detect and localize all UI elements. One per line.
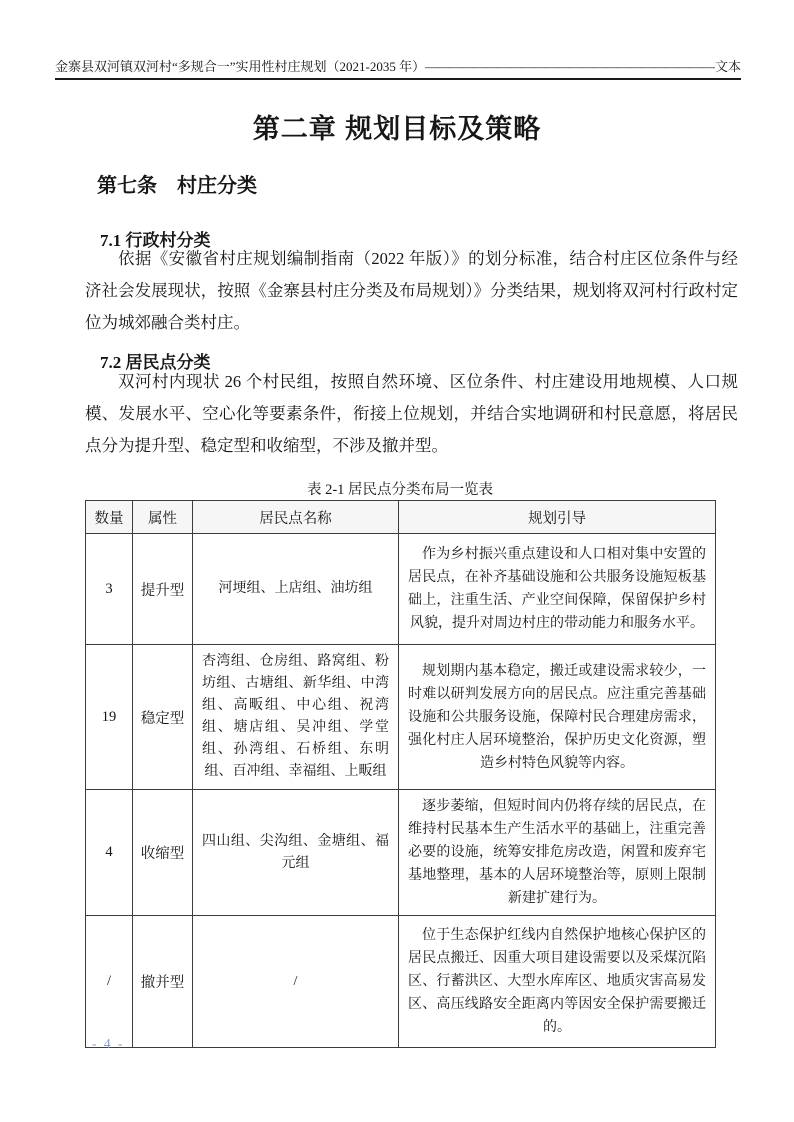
table-row: 3 提升型 河埂组、上店组、油坊组 作为乡村振兴重点建设和人口相对集中安置的居民… (86, 534, 716, 645)
cell-quantity: 19 (86, 645, 133, 790)
cell-quantity: 4 (86, 790, 133, 916)
running-header-dash-rule: —————————————————————————————— (425, 59, 715, 75)
chapter-title: 第二章 规划目标及策略 (0, 107, 794, 146)
table-caption: 表 2-1 居民点分类布局一览表 (85, 478, 715, 499)
cell-attribute: 稳定型 (133, 645, 193, 790)
cell-attribute: 提升型 (133, 534, 193, 645)
page-number: - 4 - (92, 1036, 125, 1052)
settlement-classification-table: 数量 属性 居民点名称 规划引导 3 提升型 河埂组、上店组、油坊组 作为乡村振… (85, 500, 716, 1048)
running-header: 金寨县双河镇双河村“多规合一”实用性村庄规划（2021-2035 年） ————… (55, 56, 741, 80)
running-header-doc-type: 文本 (715, 56, 741, 75)
column-header-quantity: 数量 (86, 501, 133, 534)
cell-planning-guidance: 位于生态保护红线内自然保护地核心保护区的居民点搬迁、因重大项目建设需要以及采煤沉… (399, 916, 716, 1048)
running-header-title: 金寨县双河镇双河村“多规合一”实用性村庄规划（2021-2035 年） (55, 56, 425, 75)
column-header-planning-guidance: 规划引导 (399, 501, 716, 534)
paragraph-7-1: 依据《安徽省村庄规划编制指南（2022 年版）》的划分标准，结合村庄区位条件与经… (85, 243, 738, 339)
cell-planning-guidance: 规划期内基本稳定，搬迁或建设需求较少，一时难以研判发展方向的居民点。应注重完善基… (399, 645, 716, 790)
table-header-row: 数量 属性 居民点名称 规划引导 (86, 501, 716, 534)
cell-planning-guidance: 逐步萎缩，但短时间内仍将存续的居民点，在维持村民基本生产生活水平的基础上，注重完… (399, 790, 716, 916)
cell-quantity: 3 (86, 534, 133, 645)
cell-quantity: / (86, 916, 133, 1048)
table-row: 19 稳定型 杏湾组、仓房组、路窝组、粉坊组、古塘组、新华组、中湾组、高畈组、中… (86, 645, 716, 790)
paragraph-7-2: 双河村内现状 26 个村民组，按照自然环境、区位条件、村庄建设用地规模、人口规模… (85, 366, 738, 462)
cell-settlement-names: 四山组、尖沟组、金塘组、福元组 (193, 790, 399, 916)
table-row: 4 收缩型 四山组、尖沟组、金塘组、福元组 逐步萎缩，但短时间内仍将存续的居民点… (86, 790, 716, 916)
cell-planning-guidance: 作为乡村振兴重点建设和人口相对集中安置的居民点，在补齐基础设施和公共服务设施短板… (399, 534, 716, 645)
column-header-settlement-names: 居民点名称 (193, 501, 399, 534)
cell-attribute: 收缩型 (133, 790, 193, 916)
document-page: 金寨县双河镇双河村“多规合一”实用性村庄规划（2021-2035 年） ————… (0, 0, 794, 1122)
table-row: / 撤并型 / 位于生态保护红线内自然保护地核心保护区的居民点搬迁、因重大项目建… (86, 916, 716, 1048)
cell-attribute: 撤并型 (133, 916, 193, 1048)
column-header-attribute: 属性 (133, 501, 193, 534)
cell-settlement-names: 杏湾组、仓房组、路窝组、粉坊组、古塘组、新华组、中湾组、高畈组、中心组、祝湾组、… (193, 645, 399, 790)
cell-settlement-names: / (193, 916, 399, 1048)
cell-settlement-names: 河埂组、上店组、油坊组 (193, 534, 399, 645)
section-heading: 第七条 村庄分类 (97, 169, 257, 198)
